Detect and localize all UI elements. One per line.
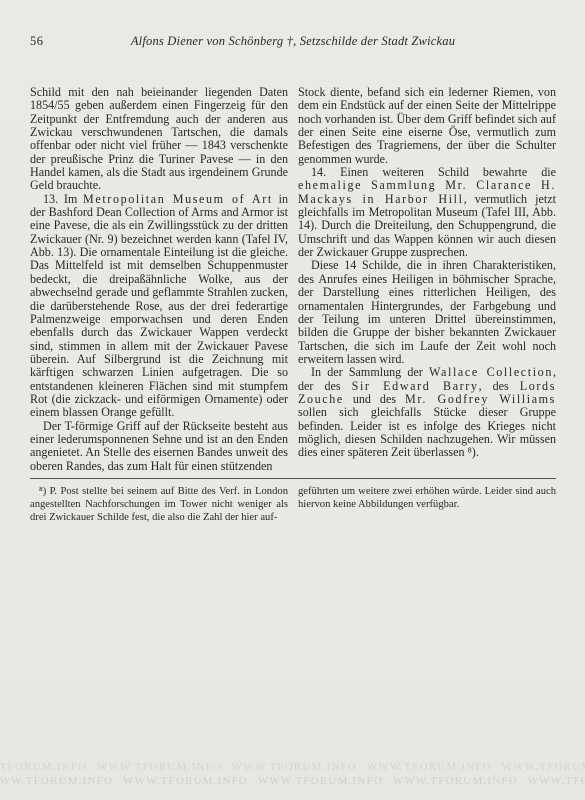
text-columns: Schild mit den nah beieinander liegenden…: [30, 86, 556, 478]
paragraph-text: und des: [344, 392, 405, 406]
paragraph-text-spaced: Metropolitan Museum of Art: [83, 192, 273, 206]
paragraph-text: 14. Einen weiteren Schild bewahrte die: [311, 165, 556, 179]
left-column: Schild mit den nah beieinander liegenden…: [30, 86, 288, 478]
running-title: Alfons Diener von Schönberg †, Setzschil…: [30, 34, 556, 49]
watermark-line: WWW.TFORUM.INFO WWW.TFORUM.INFO WWW.TFOR…: [0, 761, 585, 773]
paragraph: 13. Im Metropolitan Museum of Art in der…: [30, 193, 288, 420]
paragraph-text: Stock diente, befand sich ein lederner R…: [298, 86, 556, 166]
footnote-text: ⁸) P. Post stellte bei seinem auf Bitte …: [30, 486, 288, 525]
paragraph-text: In der Sammlung der: [311, 365, 429, 379]
paragraph-text: , des: [479, 379, 520, 393]
paragraph: In der Sammlung der Wallace Collection, …: [298, 366, 556, 459]
paragraph-text-spaced: Wallace Collection: [429, 365, 553, 379]
paragraph-text: sollen sich gleichfalls Stücke dieser Gr…: [298, 405, 556, 459]
paragraph-text: Der T-förmige Griff auf der Rückseite be…: [30, 419, 288, 473]
paragraph: Der T-förmige Griff auf der Rückseite be…: [30, 420, 288, 473]
paragraph-text: 13. Im: [43, 192, 83, 206]
footnote-text: geführten um weitere zwei erhöhen würde.…: [298, 486, 556, 512]
right-column: Stock diente, befand sich ein lederner R…: [298, 86, 556, 478]
paragraph: Schild mit den nah beieinander liegenden…: [30, 86, 288, 193]
paragraph: 14. Einen weiteren Schild bewahrte die e…: [298, 166, 556, 259]
footnote-right-column: geführten um weitere zwei erhöhen würde.…: [298, 486, 556, 538]
footnote-left-column: ⁸) P. Post stellte bei seinem auf Bitte …: [30, 486, 288, 538]
footnote-section: ⁸) P. Post stellte bei seinem auf Bitte …: [30, 486, 556, 538]
paragraph-text: Schild mit den nah beieinander liegenden…: [30, 86, 288, 192]
watermark-line: WWW.TFORUM.INFO WWW.TFORUM.INFO WWW.TFOR…: [0, 775, 585, 787]
paragraph-text: in der Bashford Dean Collection of Arms …: [30, 192, 288, 420]
page-header: 56 Alfons Diener von Schönberg †, Setzsc…: [30, 34, 556, 52]
paragraph-text-spaced: Sir Edward Barry: [352, 379, 479, 393]
paragraph-text: Diese 14 Schilde, die in ihren Charakter…: [298, 258, 556, 365]
footnote-divider: [30, 478, 556, 479]
watermark: WWW.TFORUM.INFO WWW.TFORUM.INFO WWW.TFOR…: [0, 760, 585, 800]
paragraph-text-spaced: Mr. Godfrey Williams: [405, 392, 556, 406]
scanned-book-page: 56 Alfons Diener von Schönberg †, Setzsc…: [0, 0, 585, 800]
paragraph: Stock diente, befand sich ein lederner R…: [298, 86, 556, 166]
paragraph: Diese 14 Schilde, die in ihren Charakter…: [298, 259, 556, 366]
